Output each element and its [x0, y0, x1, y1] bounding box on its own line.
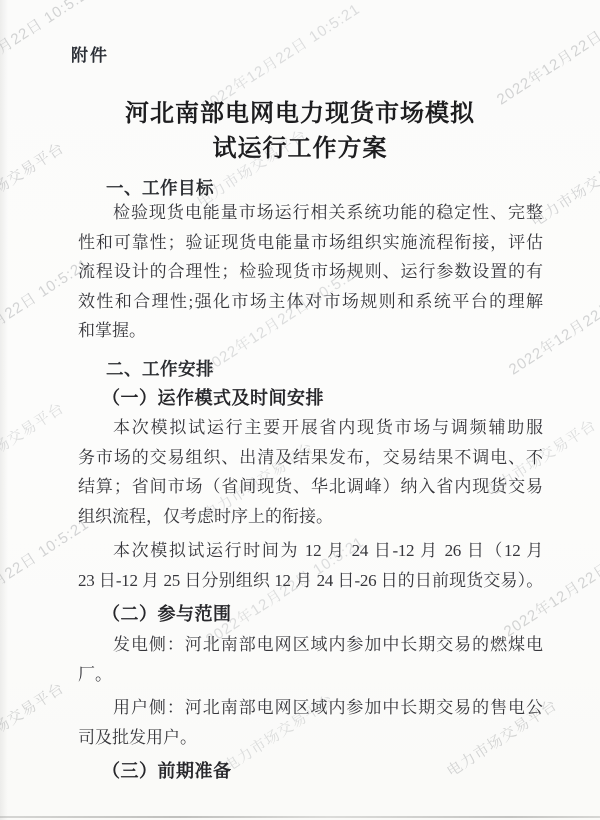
paragraph-line: 组织流程，仅考虑时序上的衔接。	[78, 502, 543, 532]
scanned-document-page: 2022年12月22日 10:5:21 2022年12月22日 10:5:21 …	[0, 0, 600, 820]
paragraph-line: 和掌握。	[78, 316, 543, 346]
attachment-label: 附件	[71, 44, 109, 68]
watermark-platform: 电力市场交易平台	[0, 397, 68, 484]
paragraph-line: 23 日-12 月 25 日分别组织 12 月 24 日-26 日的日前现货交易…	[78, 566, 543, 596]
paragraph-generation-side: 发电侧：河北南部电网区域内参加中长期交易的燃煤电 厂。	[78, 630, 543, 689]
paragraph-line: 司及批发用户。	[78, 723, 543, 753]
paragraph-schedule: 本次模拟试运行时间为 12 月 24 日-12 月 26 日（12 月 23 日…	[78, 536, 543, 595]
subsection-heading-preliminary-preparation: （三）前期准备	[102, 756, 232, 786]
watermark-date: 2022年12月22日 10:5:21	[492, 0, 600, 109]
paragraph-line: 流程设计的合理性；检验现货市场规则、运行参数设置的有	[78, 257, 543, 287]
paragraph-operation-mode: 本次模拟试运行主要开展省内现货市场与调频辅助服 务市场的交易组织、出清及结果发布…	[78, 413, 543, 531]
section-heading-work-arrangement: 二、工作安排	[106, 354, 214, 384]
document-title: 河北南部电网电力现货市场模拟 试运行工作方案	[0, 97, 600, 167]
document-title-line1: 河北南部电网电力现货市场模拟	[0, 97, 600, 132]
paragraph-line: 效性和合理性;强化市场主体对市场规则和系统平台的理解	[78, 287, 543, 317]
paragraph-line: 务市场的交易组织、出清及结果发布，交易结果不调电、不	[78, 443, 543, 473]
paragraph-line: 检验现货电能量市场运行相关系统功能的稳定性、完整	[78, 198, 543, 228]
paragraph-work-goals: 检验现货电能量市场运行相关系统功能的稳定性、完整 性和可靠性；验证现货电能量市场…	[78, 198, 543, 346]
paragraph-line: 用户侧：河北南部电网区域内参加中长期交易的售电公	[78, 693, 543, 723]
paragraph-user-side: 用户侧：河北南部电网区域内参加中长期交易的售电公 司及批发用户。	[78, 693, 543, 752]
paragraph-line: 本次模拟试运行时间为 12 月 24 日-12 月 26 日（12 月	[78, 536, 543, 566]
paragraph-line: 本次模拟试运行主要开展省内现货市场与调频辅助服	[78, 413, 543, 443]
scan-artifact-line	[0, 816, 600, 818]
paragraph-line: 发电侧：河北南部电网区域内参加中长期交易的燃煤电	[78, 630, 543, 660]
subsection-heading-operation-mode: （一）运作模式及时间安排	[102, 383, 324, 413]
paragraph-line: 结算；省间市场（省间现货、华北调峰）纳入省内现货交易	[78, 472, 543, 502]
subsection-heading-participation-scope: （二）参与范围	[102, 599, 232, 629]
watermark-platform: 电力市场交易平台	[0, 677, 68, 764]
paragraph-line: 厂。	[78, 660, 543, 690]
document-title-line2: 试运行工作方案	[0, 132, 600, 167]
paragraph-line: 性和可靠性；验证现货电能量市场组织实施流程衔接，评估	[78, 228, 543, 258]
